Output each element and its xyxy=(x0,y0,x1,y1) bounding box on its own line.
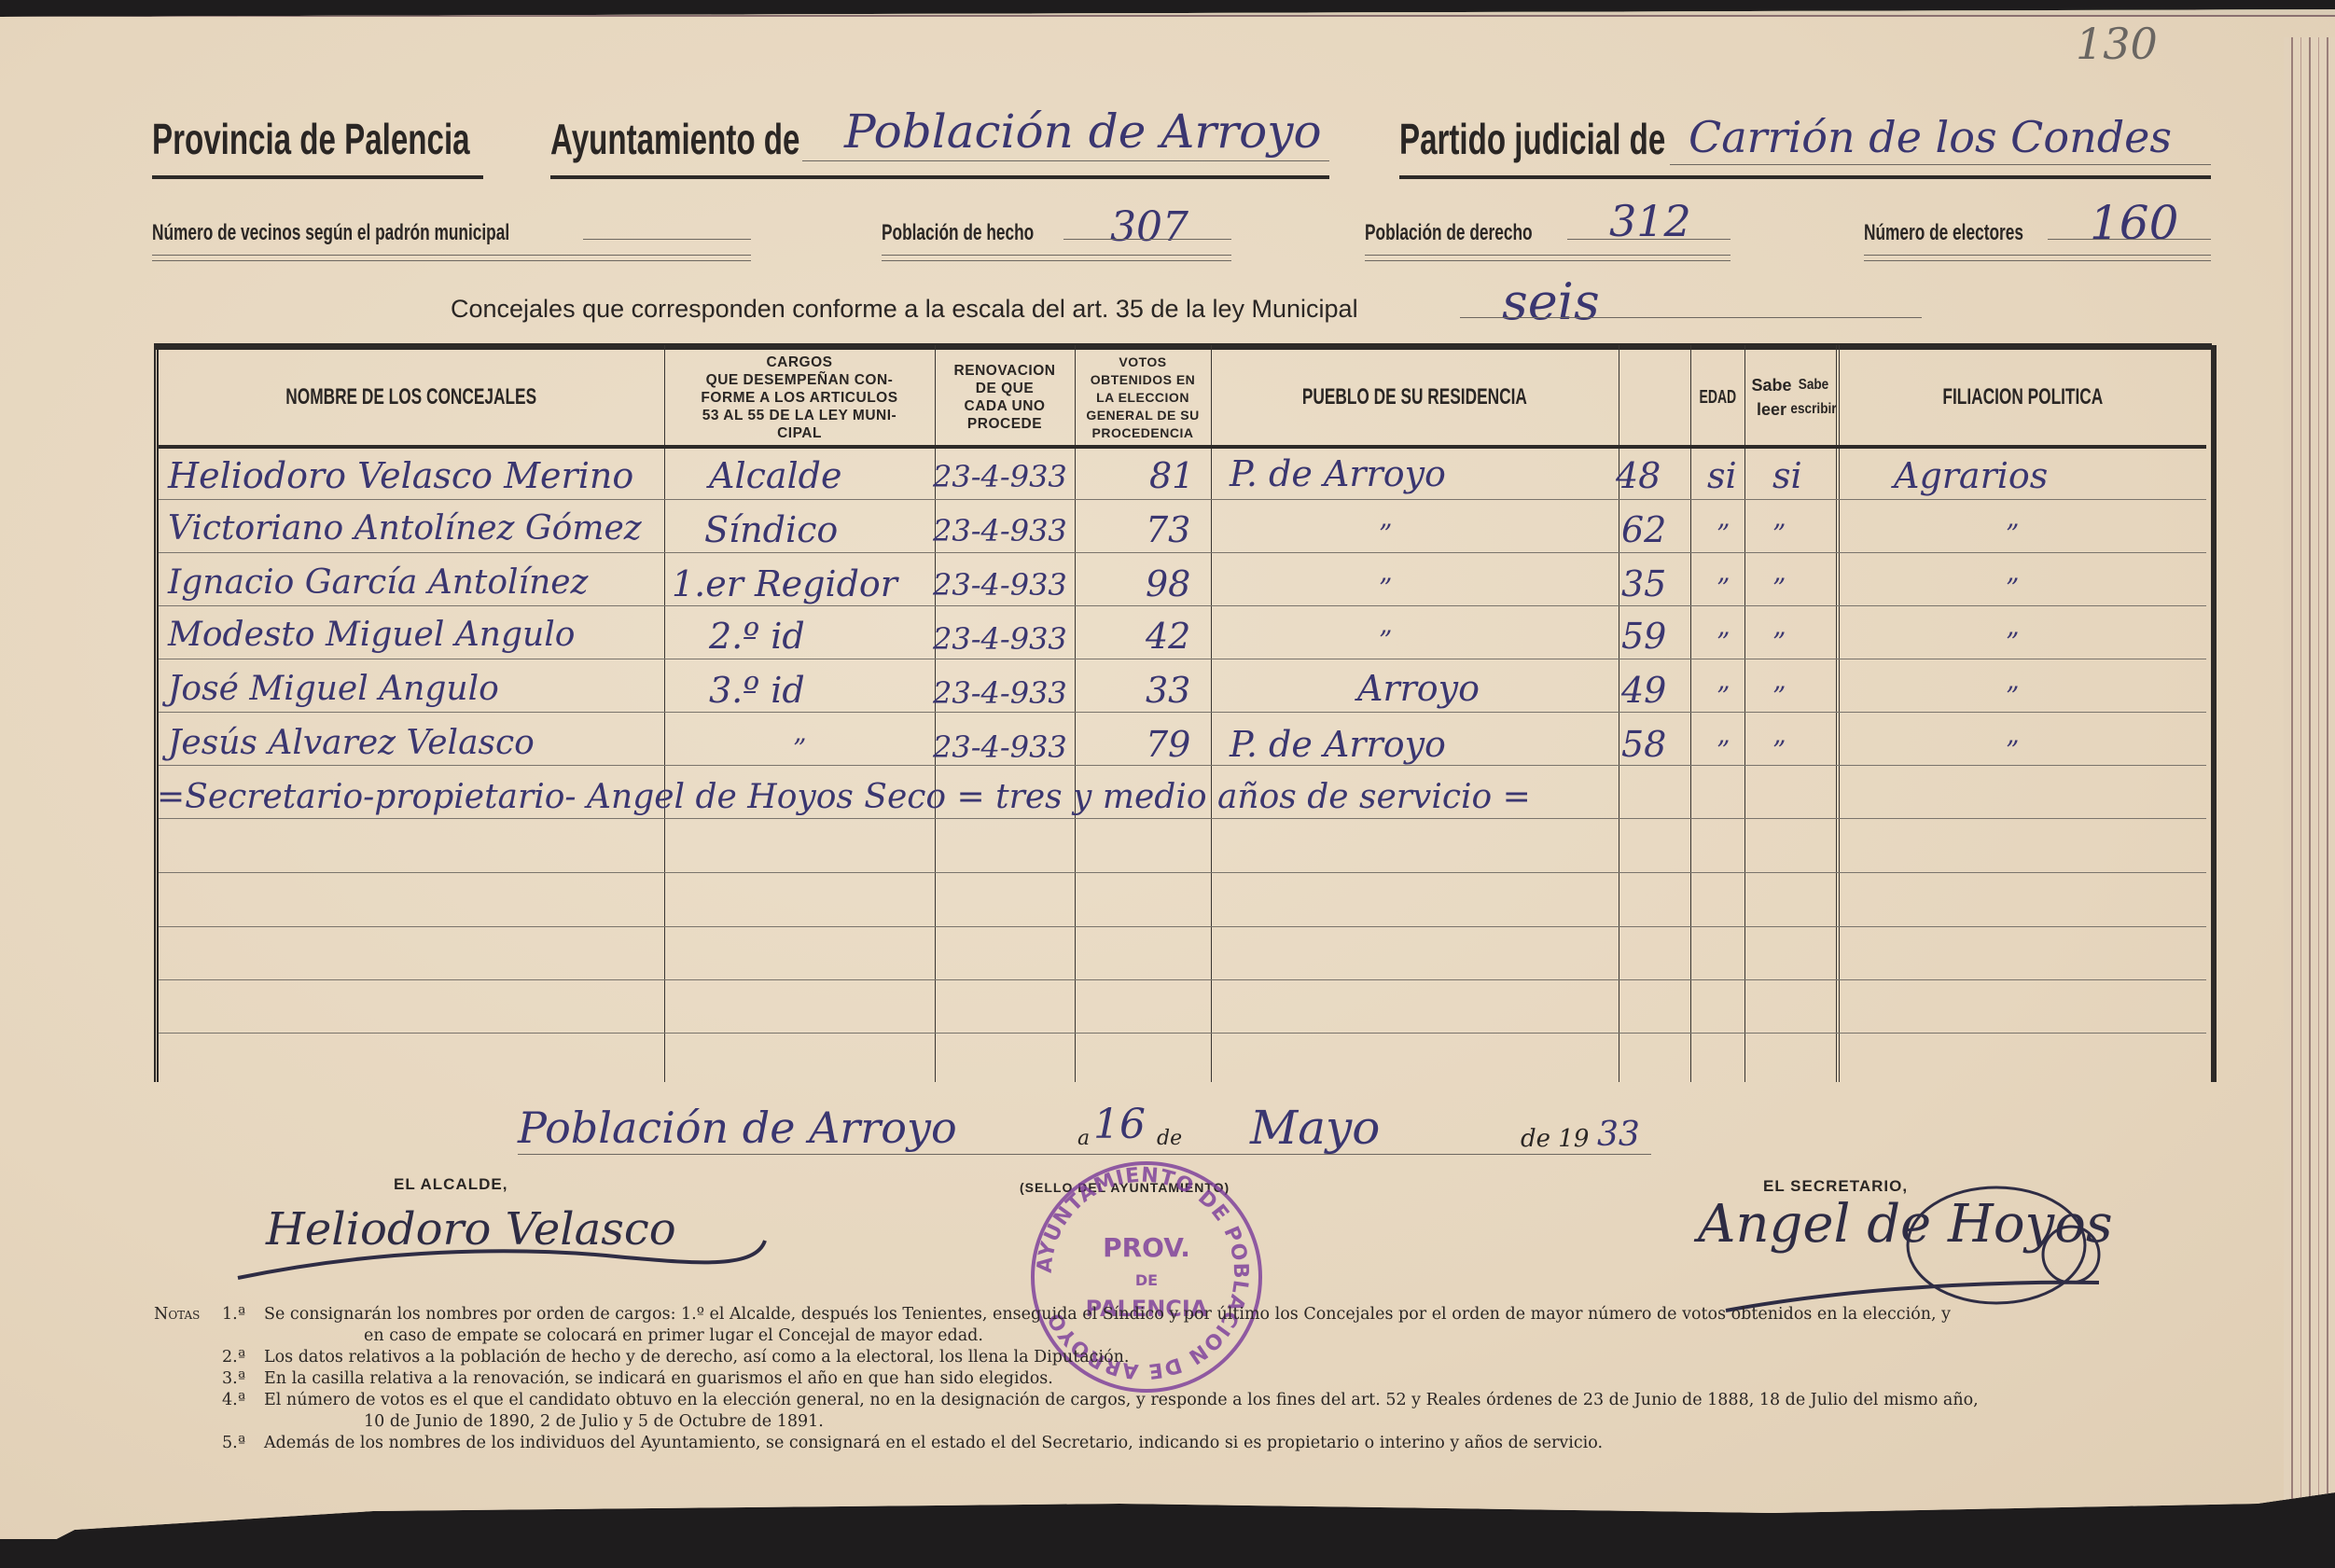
row5-votos: 33 xyxy=(1146,670,1190,711)
row5-pueblo: Arroyo xyxy=(1357,668,1480,709)
notes-section: Notas 1.ª Se consignarán los nombres por… xyxy=(154,1304,2234,1454)
derecho-double-line-1 xyxy=(1365,255,1730,256)
note-number: 3.ª xyxy=(222,1368,264,1390)
hecho-double-line-1 xyxy=(882,255,1231,256)
date-place: Población de Arroyo xyxy=(518,1103,957,1153)
header-pueblo: PUEBLO DE SU RESIDENCIA xyxy=(1211,349,1619,446)
row5-nombre: José Miguel Angulo xyxy=(168,670,499,708)
stamp-line1: PROV. xyxy=(1061,1232,1232,1263)
derecho-line xyxy=(1567,239,1730,240)
row5-cargo: 3.º id xyxy=(709,670,805,711)
row5-filiacion: ” xyxy=(2006,681,2019,712)
row-line xyxy=(159,659,2206,659)
row3-escribir: ” xyxy=(1772,573,1786,604)
note-item: 3.ª En la casilla relativa a la renovaci… xyxy=(154,1368,2234,1390)
row3-filiacion: ” xyxy=(2006,573,2019,604)
note-text: El número de votos es el que el candidat… xyxy=(264,1390,2234,1411)
row4-pueblo: ” xyxy=(1379,625,1392,656)
row5-escribir: ” xyxy=(1772,681,1786,712)
vecinos-double-line-2 xyxy=(152,260,751,261)
row6-filiacion: ” xyxy=(2006,735,2019,766)
ayuntamiento-underline xyxy=(550,175,1329,179)
book-spine-edge xyxy=(0,0,2335,17)
row4-escribir: ” xyxy=(1772,627,1786,658)
col-divider xyxy=(935,345,936,1082)
vecinos-label: Número de vecinos según el padrón munici… xyxy=(152,220,509,246)
row4-filiacion: ” xyxy=(2006,627,2019,658)
header-filiacion: FILIACION POLITICA xyxy=(1840,349,2206,446)
row6-edad: 58 xyxy=(1621,724,1666,765)
row1-escribir: si xyxy=(1772,455,1802,496)
concejales-value: seis xyxy=(1502,272,1600,331)
row2-renovacion: 23-4-933 xyxy=(933,513,1067,548)
note-text: Además de los nombres de los individuos … xyxy=(264,1433,2234,1454)
secretario-note: =Secretario-propietario- Angel de Hoyos … xyxy=(157,778,1531,816)
row-line xyxy=(159,499,2206,500)
row2-nombre: Victoriano Antolínez Gómez xyxy=(168,509,642,548)
note-continuation: 10 de Junio de 1890, 2 de Julio y 5 de O… xyxy=(154,1411,2234,1433)
header-nombre: NOMBRE DE LOS CONCEJALES xyxy=(159,349,664,446)
row-line xyxy=(159,765,2206,766)
derecho-double-line-2 xyxy=(1365,260,1730,261)
row1-cargo: Alcalde xyxy=(709,455,842,496)
row-line xyxy=(159,712,2206,713)
row3-edad: 35 xyxy=(1621,563,1666,604)
header-pueblo-text: PUEBLO DE SU RESIDENCIA xyxy=(1302,384,1527,410)
note-text: En la casilla relativa a la renovación, … xyxy=(264,1368,2234,1390)
concejales-label: Concejales que corresponden conforme a l… xyxy=(451,295,1358,324)
row4-edad: 59 xyxy=(1621,616,1666,657)
row6-votos: 79 xyxy=(1146,724,1190,765)
note-item: 2.ª Los datos relativos a la población d… xyxy=(154,1347,2234,1368)
row6-leer: ” xyxy=(1717,735,1730,766)
col-divider xyxy=(664,345,665,1082)
row2-leer: ” xyxy=(1717,519,1730,549)
ayuntamiento-line xyxy=(802,160,1329,161)
row4-leer: ” xyxy=(1717,627,1730,658)
row-line xyxy=(159,552,2206,553)
row-line xyxy=(159,979,2206,980)
page-edge-stack xyxy=(2284,37,2335,1511)
stamp-line2: DE xyxy=(1061,1271,1232,1289)
col-divider xyxy=(1690,345,1691,1082)
col-divider xyxy=(1211,345,1212,1082)
note-text: Se consignarán los nombres por orden de … xyxy=(264,1304,2234,1325)
electores-label: Número de electores xyxy=(1864,220,2023,246)
header-filiacion-text: FILIACION POLITICA xyxy=(1943,384,2104,410)
partido-line xyxy=(1670,164,2211,165)
note-continuation: en caso de empate se colocará en primer … xyxy=(154,1325,2234,1347)
vecinos-double-line-1 xyxy=(152,255,751,256)
row2-edad: 62 xyxy=(1621,509,1666,550)
electores-double-line-2 xyxy=(1864,260,2211,261)
concejales-line xyxy=(1460,317,1922,318)
header-edad-text: EDAD xyxy=(1699,387,1736,409)
row-line xyxy=(159,926,2206,927)
row2-escribir: ” xyxy=(1772,519,1786,549)
note-number: 4.ª xyxy=(222,1390,264,1411)
date-de-label: de xyxy=(1157,1127,1182,1150)
page-number: 130 xyxy=(2076,19,2158,69)
ayuntamiento-value: Población de Arroyo xyxy=(844,104,1322,159)
row-line xyxy=(159,1033,2206,1034)
electores-double-line-1 xyxy=(1864,255,2211,256)
note-number: 2.ª xyxy=(222,1347,264,1368)
note-text: Los datos relativos a la población de he… xyxy=(264,1347,2234,1368)
partido-underline xyxy=(1399,175,2211,179)
row2-cargo: Síndico xyxy=(704,509,838,550)
header-edad: EDAD xyxy=(1690,349,1744,446)
notes-label: Notas xyxy=(154,1304,222,1325)
hecho-double-line-2 xyxy=(882,260,1231,261)
row4-nombre: Modesto Miguel Angulo xyxy=(168,616,575,654)
note-number: 1.ª xyxy=(222,1304,264,1325)
row1-pueblo: P. de Arroyo xyxy=(1230,453,1446,494)
row2-pueblo: ” xyxy=(1379,519,1392,549)
row-line xyxy=(159,605,2206,606)
header-escribir: Sabe escribir xyxy=(1793,349,1834,446)
provincia-label: Provincia de Palencia xyxy=(152,114,470,164)
note-item: 5.ª Además de los nombres de los individ… xyxy=(154,1433,2234,1454)
row3-nombre: Ignacio García Antolínez xyxy=(168,563,589,602)
row6-renovacion: 23-4-933 xyxy=(933,729,1067,765)
header-cargos: CARGOS QUE DESEMPEÑAN CON- FORME A LOS A… xyxy=(664,349,935,446)
electores-line xyxy=(2048,239,2211,240)
hecho-value: 307 xyxy=(1110,203,1188,251)
row3-leer: ” xyxy=(1717,573,1730,604)
row3-renovacion: 23-4-933 xyxy=(933,567,1067,603)
row5-renovacion: 23-4-933 xyxy=(933,675,1067,711)
header-nombre-text: NOMBRE DE LOS CONCEJALES xyxy=(286,384,537,410)
alcalde-label: EL ALCALDE, xyxy=(394,1175,507,1194)
secretario-signature-flourish xyxy=(1717,1180,2146,1320)
col-divider xyxy=(1075,345,1076,1082)
note-item: 4.ª El número de votos es el que el cand… xyxy=(154,1390,2234,1411)
row1-votos: 81 xyxy=(1149,455,1194,496)
ayuntamiento-label: Ayuntamiento de xyxy=(550,114,799,164)
row3-cargo: 1.er Regidor xyxy=(672,563,897,604)
hecho-line xyxy=(1063,239,1231,240)
row4-renovacion: 23-4-933 xyxy=(933,621,1067,657)
row-line xyxy=(159,818,2206,819)
electores-value: 160 xyxy=(2090,196,2178,250)
alcalde-signature-flourish xyxy=(233,1231,793,1287)
col-divider xyxy=(1744,345,1745,1082)
header-renovacion: RENOVACION DE QUE CADA UNO PROCEDE xyxy=(935,349,1075,446)
row1-nombre: Heliodoro Velasco Merino xyxy=(168,455,633,496)
note-item: Notas 1.ª Se consignarán los nombres por… xyxy=(154,1304,2234,1325)
date-year-prefix: de 19 xyxy=(1521,1125,1589,1153)
row4-cargo: 2.º id xyxy=(709,616,805,657)
vecinos-field xyxy=(583,228,751,239)
row3-pueblo: ” xyxy=(1379,573,1392,604)
row6-pueblo: P. de Arroyo xyxy=(1230,724,1446,765)
row1-edad: 48 xyxy=(1616,455,1661,496)
date-day: 16 xyxy=(1093,1101,1146,1148)
row5-leer: ” xyxy=(1717,681,1730,712)
document-page: 130 Provincia de Palencia Ayuntamiento d… xyxy=(0,0,2335,1539)
date-a-label: a xyxy=(1077,1127,1090,1150)
provincia-underline xyxy=(152,175,483,179)
hecho-label: Población de hecho xyxy=(882,220,1034,246)
row3-votos: 98 xyxy=(1146,563,1190,604)
row2-votos: 73 xyxy=(1146,509,1190,550)
row1-renovacion: 23-4-933 xyxy=(933,459,1067,494)
row6-escribir: ” xyxy=(1772,735,1786,766)
date-line xyxy=(518,1154,1651,1155)
row6-nombre: Jesús Alvarez Velasco xyxy=(168,724,535,762)
date-year-suffix: 33 xyxy=(1597,1116,1640,1154)
date-month: Mayo xyxy=(1250,1101,1380,1155)
row1-filiacion: Agrarios xyxy=(1894,455,2048,496)
partido-value: Carrión de los Condes xyxy=(1689,112,2172,162)
derecho-label: Población de derecho xyxy=(1365,220,1533,246)
row6-cargo: ” xyxy=(793,733,806,764)
note-number: 5.ª xyxy=(222,1433,264,1454)
header-votos: VOTOS OBTENIDOS EN LA ELECCION GENERAL D… xyxy=(1075,349,1211,446)
row1-leer: si xyxy=(1707,455,1737,496)
row5-edad: 49 xyxy=(1621,670,1666,711)
row4-votos: 42 xyxy=(1146,616,1190,657)
partido-label: Partido judicial de xyxy=(1399,114,1665,164)
col-divider-double xyxy=(1836,345,1840,1082)
row-line xyxy=(159,872,2206,873)
row2-filiacion: ” xyxy=(2006,519,2019,549)
vecinos-line xyxy=(583,239,751,240)
